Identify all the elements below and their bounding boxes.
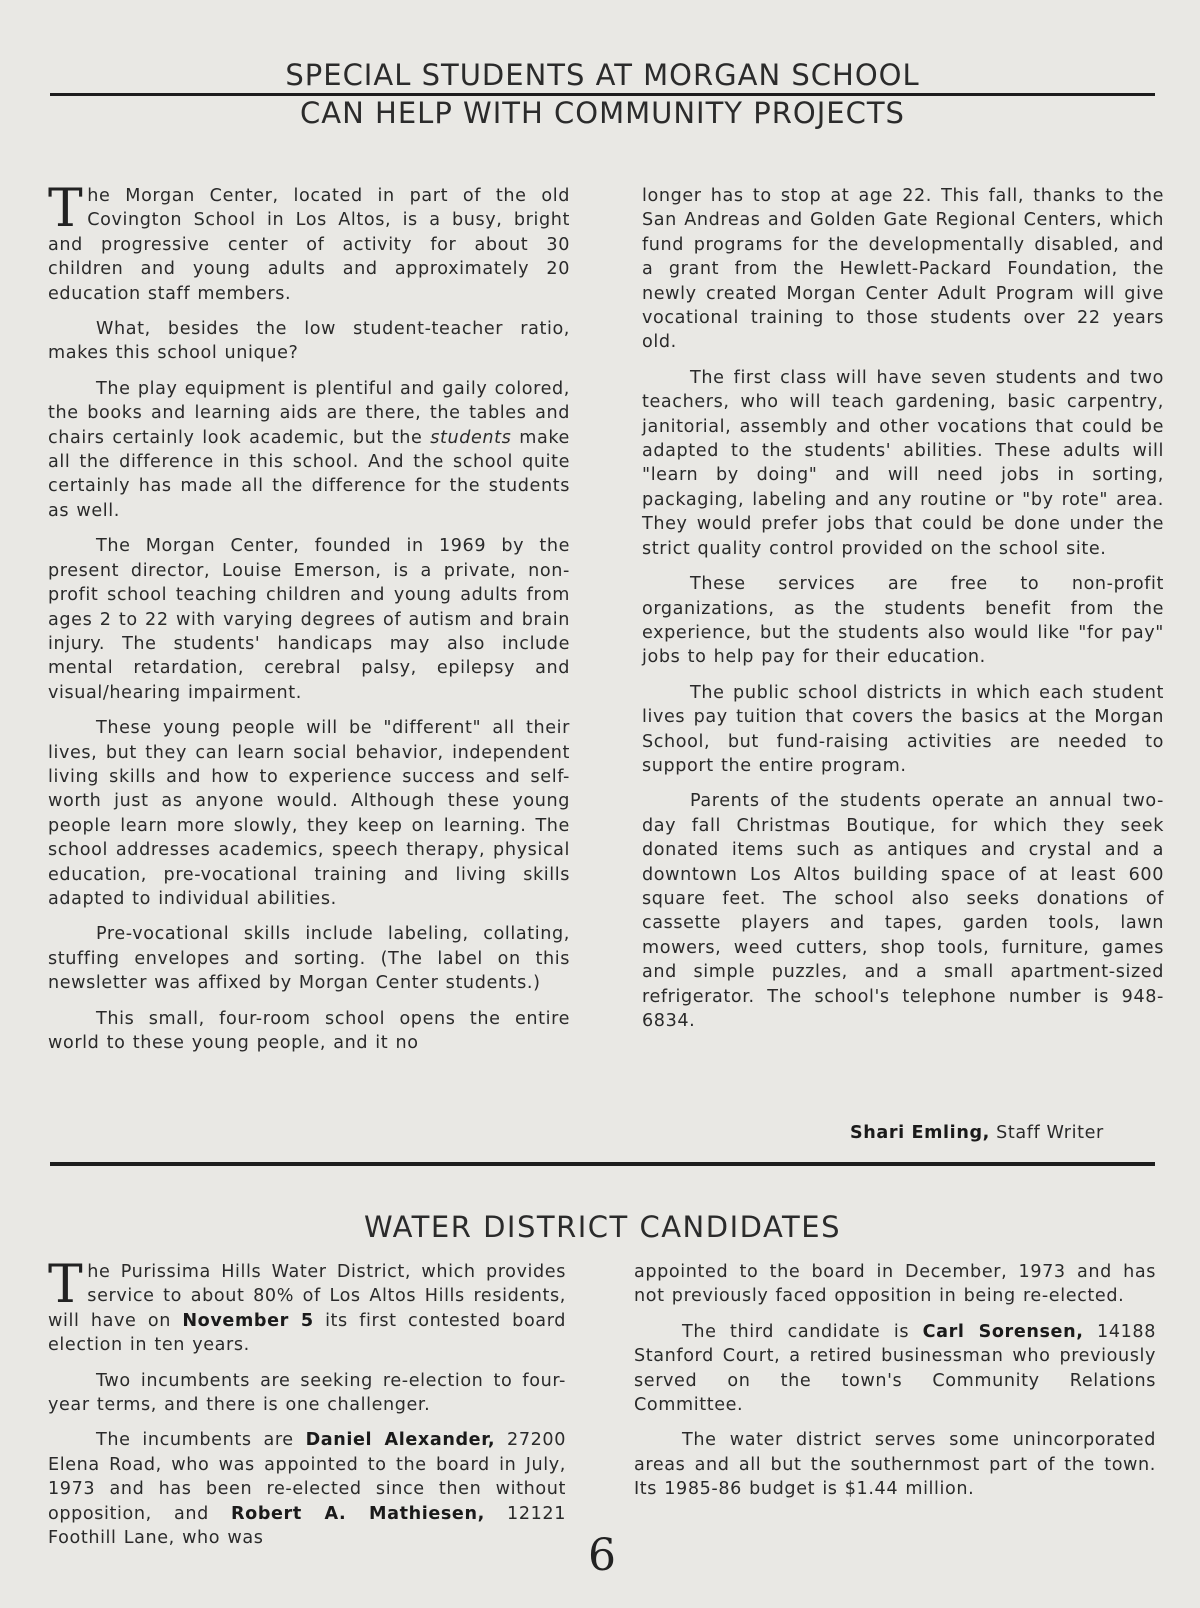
- article2-paragraph-2: Two incumbents are seeking re-election t…: [48, 1369, 566, 1418]
- article2-paragraph-1: The Purissima Hills Water District, whic…: [48, 1260, 566, 1358]
- article1-paragraph-10: These services are free to non-profit or…: [642, 572, 1164, 670]
- article1-paragraph-11: The public school districts in which eac…: [642, 681, 1164, 779]
- article1-paragraph-3: The play equipment is plentiful and gail…: [48, 377, 570, 523]
- page-number: 6: [588, 1530, 616, 1581]
- article1-headline-line2: CAN HELP WITH COMMUNITY PROJECTS: [50, 96, 1155, 130]
- article2-column-right: appointed to the board in December, 1973…: [634, 1260, 1156, 1513]
- article1-paragraph-9: The first class will have seven students…: [642, 366, 1164, 561]
- article1-column-left: The Morgan Center, located in part of th…: [48, 184, 570, 1066]
- article1-paragraph-2: What, besides the low student-teacher ra…: [48, 317, 570, 366]
- article1-paragraph-4: The Morgan Center, founded in 1969 by th…: [48, 534, 570, 705]
- article2-paragraph-6: The water district serves some unincorpo…: [634, 1428, 1156, 1501]
- article1-paragraph-6: Pre-vocational skills include labeling, …: [48, 922, 570, 995]
- drop-cap: T: [48, 187, 83, 231]
- article2-column-left: The Purissima Hills Water District, whic…: [48, 1260, 566, 1561]
- article2-paragraph-3: The incumbents are Daniel Alexander, 272…: [48, 1428, 566, 1550]
- article1-paragraph-7: This small, four-room school opens the e…: [48, 1007, 570, 1056]
- section-divider-rule: [50, 1162, 1155, 1166]
- article1-paragraph-12: Parents of the students operate an annua…: [642, 789, 1164, 1033]
- article1-headline-line1: SPECIAL STUDENTS AT MORGAN SCHOOL: [50, 58, 1155, 92]
- article1-byline: Shari Emling, Staff Writer: [850, 1123, 1104, 1143]
- article2-paragraph-4: appointed to the board in December, 1973…: [634, 1260, 1156, 1309]
- newsletter-page: SPECIAL STUDENTS AT MORGAN SCHOOL CAN HE…: [0, 0, 1200, 1608]
- drop-cap: T: [48, 1263, 83, 1307]
- article2-paragraph-5: The third candidate is Carl Sorensen, 14…: [634, 1320, 1156, 1418]
- article2-headline: WATER DISTRICT CANDIDATES: [50, 1210, 1155, 1244]
- article1-paragraph-8: longer has to stop at age 22. This fall,…: [642, 184, 1164, 355]
- article1-paragraph-1: The Morgan Center, located in part of th…: [48, 184, 570, 306]
- article1-paragraph-5: These young people will be "different" a…: [48, 716, 570, 911]
- article1-column-right: longer has to stop at age 22. This fall,…: [642, 184, 1164, 1044]
